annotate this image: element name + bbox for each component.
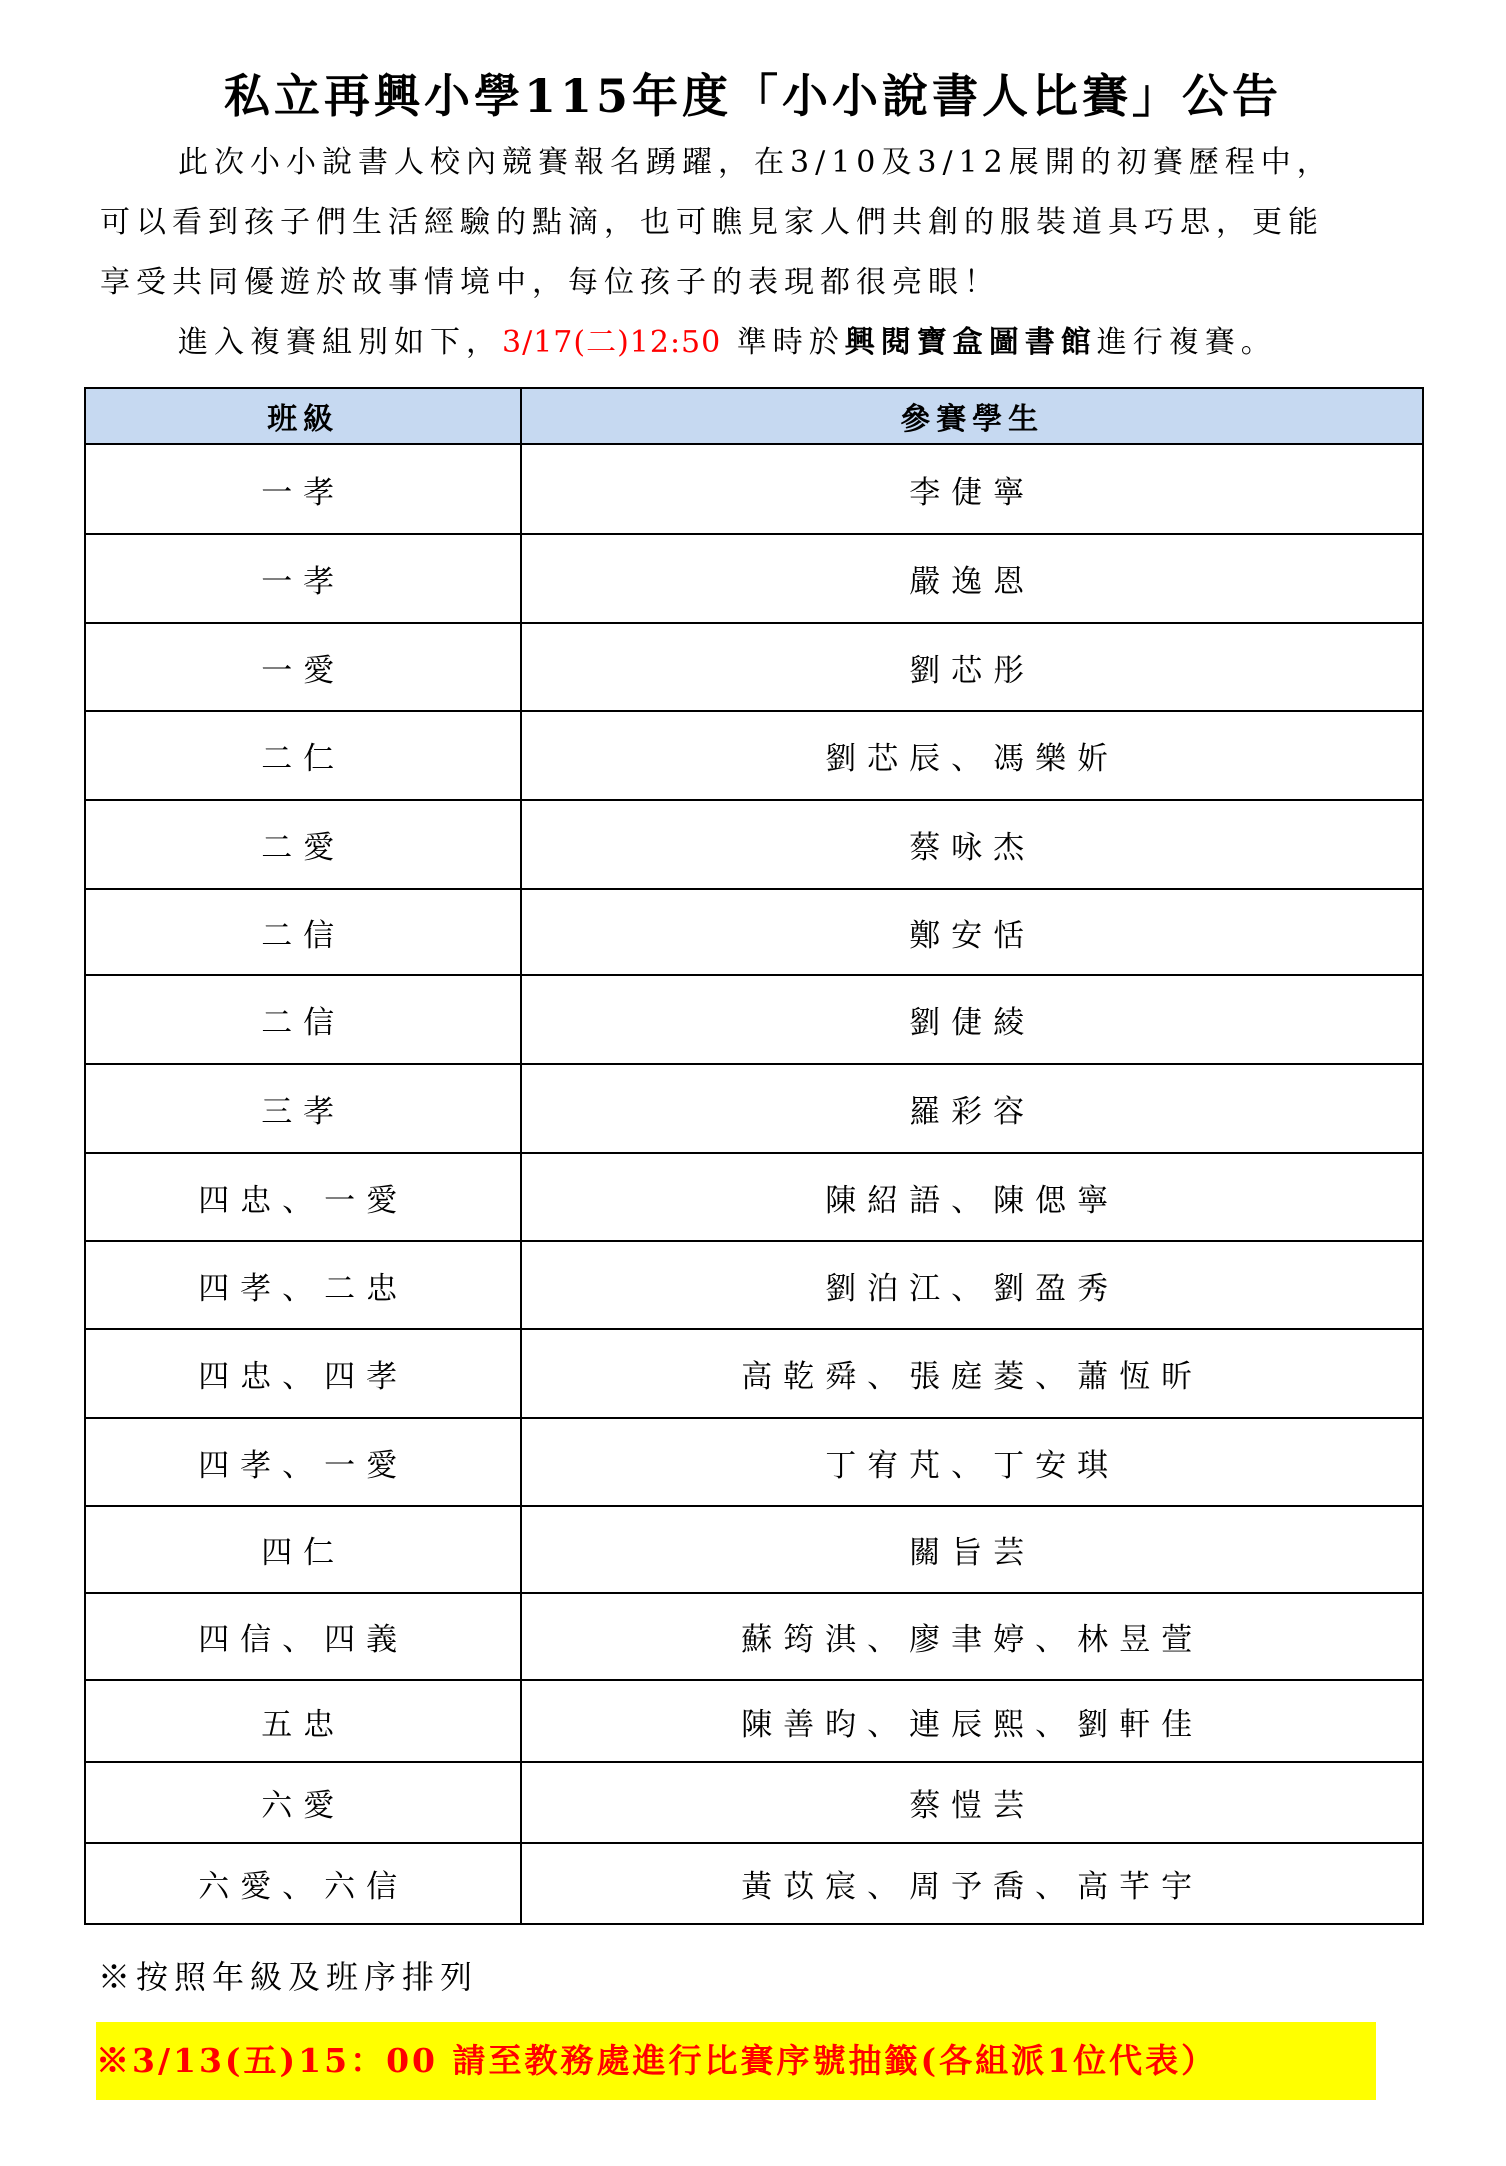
cell-class: 四忠、四孝 — [85, 1329, 521, 1418]
final-notice-prefix: 進入複賽組別如下， — [178, 325, 502, 360]
table-row: 二信劉倢綾 — [85, 975, 1423, 1064]
table-row: 二仁劉芯辰、馮樂妡 — [85, 711, 1423, 800]
page-title: 私立再興小學115年度「小小說書人比賽」公告 — [0, 66, 1506, 126]
cell-students: 陳紹語、陳偲寧 — [521, 1153, 1423, 1241]
table-row: 一孝李倢寧 — [85, 444, 1423, 534]
table-row: 四仁關旨芸 — [85, 1506, 1423, 1593]
cell-class: 四孝、二忠 — [85, 1241, 521, 1329]
cell-students: 劉泊江、劉盈秀 — [521, 1241, 1423, 1329]
draw-notice-banner: ※3/13(五)15：00 請至教務處進行比賽序號抽籤(各組派1位代表） — [96, 2022, 1376, 2100]
cell-class: 五忠 — [85, 1680, 521, 1762]
cell-students: 嚴逸恩 — [521, 534, 1423, 623]
final-notice-suffix: 進行複賽。 — [1097, 325, 1277, 360]
table-row: 四孝、二忠劉泊江、劉盈秀 — [85, 1241, 1423, 1329]
table-body: 一孝李倢寧 一孝嚴逸恩 一愛劉芯彤 二仁劉芯辰、馮樂妡 二愛蔡咏杰 二信鄭安恬 … — [85, 444, 1423, 1924]
cell-students: 劉芯彤 — [521, 623, 1423, 711]
table-row: 三孝羅彩容 — [85, 1064, 1423, 1153]
cell-students: 蘇筠淇、廖聿婷、林昱萱 — [521, 1593, 1423, 1680]
cell-class: 二信 — [85, 975, 521, 1064]
header-students: 參賽學生 — [521, 388, 1423, 444]
final-notice-mid: 準時於 — [721, 325, 845, 360]
cell-class: 一孝 — [85, 534, 521, 623]
cell-students: 蔡咏杰 — [521, 800, 1423, 889]
cell-students: 陳善昀、連辰熙、劉軒佳 — [521, 1680, 1423, 1762]
table-row: 四孝、一愛丁宥芃、丁安琪 — [85, 1418, 1423, 1506]
cell-class: 二愛 — [85, 800, 521, 889]
cell-class: 四孝、一愛 — [85, 1418, 521, 1506]
cell-class: 二仁 — [85, 711, 521, 800]
cell-class: 四仁 — [85, 1506, 521, 1593]
cell-students: 劉倢綾 — [521, 975, 1423, 1064]
table-header-row: 班級 參賽學生 — [85, 388, 1423, 444]
cell-students: 羅彩容 — [521, 1064, 1423, 1153]
cell-students: 黃苡宸、周予喬、高芊宇 — [521, 1843, 1423, 1924]
cell-students: 丁宥芃、丁安琪 — [521, 1418, 1423, 1506]
cell-class: 一孝 — [85, 444, 521, 534]
table-row: 二信鄭安恬 — [85, 889, 1423, 975]
table-row: 四忠、四孝高乾舜、張庭菱、蕭恆昕 — [85, 1329, 1423, 1418]
ordering-footnote: ※按照年級及班序排列 — [98, 1955, 478, 1999]
finalists-table: 班級 參賽學生 一孝李倢寧 一孝嚴逸恩 一愛劉芯彤 二仁劉芯辰、馮樂妡 二愛蔡咏… — [84, 387, 1424, 1925]
cell-class: 六愛 — [85, 1762, 521, 1843]
cell-students: 李倢寧 — [521, 444, 1423, 534]
table-row: 六愛、六信黃苡宸、周予喬、高芊宇 — [85, 1843, 1423, 1924]
table-row: 一愛劉芯彤 — [85, 623, 1423, 711]
cell-students: 鄭安恬 — [521, 889, 1423, 975]
cell-students: 劉芯辰、馮樂妡 — [521, 711, 1423, 800]
cell-class: 三孝 — [85, 1064, 521, 1153]
cell-class: 二信 — [85, 889, 521, 975]
table-row: 六愛蔡愷芸 — [85, 1762, 1423, 1843]
cell-students: 關旨芸 — [521, 1506, 1423, 1593]
intro-line-1: 此次小小說書人校內競賽報名踴躍，在3/10及3/12展開的初賽歷程中， — [178, 133, 1478, 193]
cell-students: 蔡愷芸 — [521, 1762, 1423, 1843]
table-row: 二愛蔡咏杰 — [85, 800, 1423, 889]
table-row: 四信、四義蘇筠淇、廖聿婷、林昱萱 — [85, 1593, 1423, 1680]
intro-line-2: 可以看到孩子們生活經驗的點滴，也可瞧見家人們共創的服裝道具巧思，更能 — [100, 193, 1400, 253]
table-row: 四忠、一愛陳紹語、陳偲寧 — [85, 1153, 1423, 1241]
cell-students: 高乾舜、張庭菱、蕭恆昕 — [521, 1329, 1423, 1418]
header-class: 班級 — [85, 388, 521, 444]
table-row: 一孝嚴逸恩 — [85, 534, 1423, 623]
table-row: 五忠陳善昀、連辰熙、劉軒佳 — [85, 1680, 1423, 1762]
intro-line-3: 享受共同優遊於故事情境中，每位孩子的表現都很亮眼！ — [100, 253, 1400, 313]
cell-class: 四信、四義 — [85, 1593, 521, 1680]
final-datetime: 3/17(二)12:50 — [502, 325, 721, 360]
final-notice: 進入複賽組別如下，3/17(二)12:50 準時於興閱寶盒圖書館進行複賽。 — [178, 313, 1478, 373]
final-venue: 興閱寶盒圖書館 — [845, 325, 1097, 360]
cell-class: 四忠、一愛 — [85, 1153, 521, 1241]
cell-class: 六愛、六信 — [85, 1843, 521, 1924]
cell-class: 一愛 — [85, 623, 521, 711]
